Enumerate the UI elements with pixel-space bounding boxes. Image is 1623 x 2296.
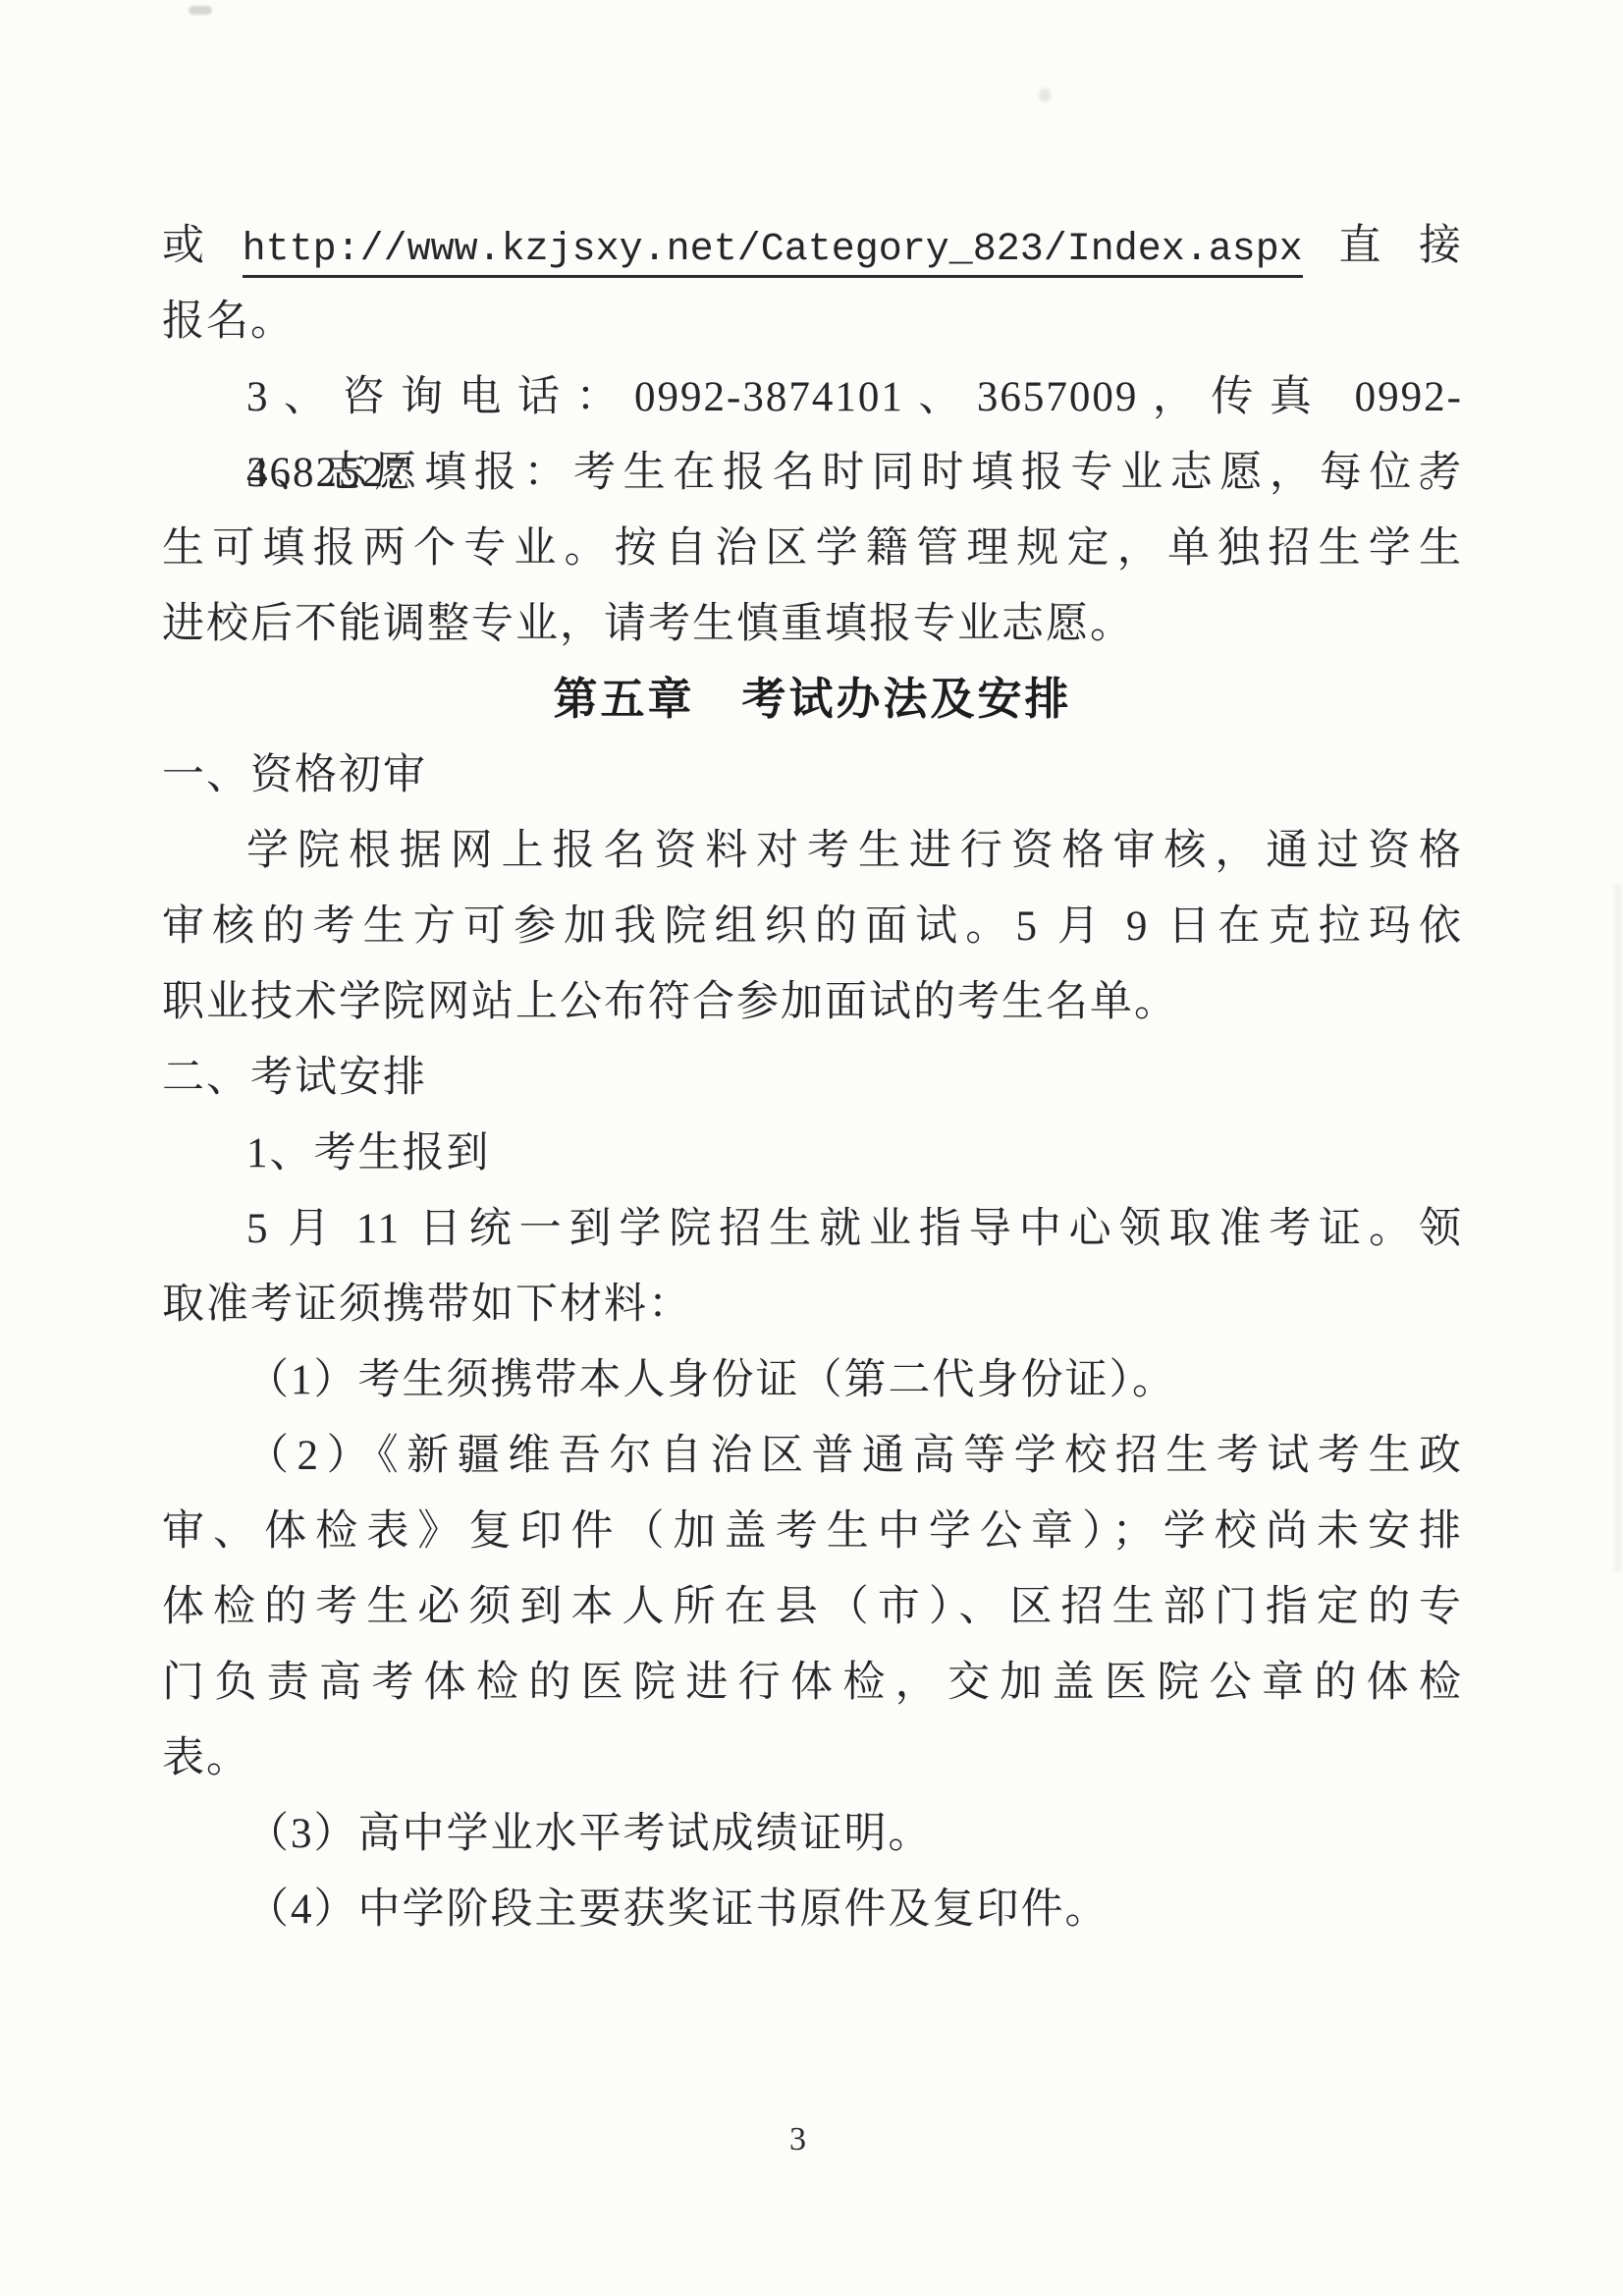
document-line: 学院根据网上报名资料对考生进行资格审核，通过资格	[162, 813, 1463, 889]
text-run: 直接	[1303, 223, 1463, 269]
document-line: （4）中学阶段主要获奖证书原件及复印件。	[162, 1872, 1463, 1947]
section-heading: 第五章 考试办法及安排	[162, 662, 1463, 738]
document-line: （2）《新疆维吾尔自治区普通高等学校招生考试考生政	[162, 1418, 1463, 1494]
document-line: 门负责高考体检的医院进行体检，交加盖医院公章的体检	[162, 1645, 1463, 1721]
document-line: 职业技术学院网站上公布符合参加面试的考生名单。	[162, 964, 1463, 1040]
document-line: 审、体检表》复印件（加盖考生中学公章）；学校尚未安排	[162, 1494, 1463, 1569]
document-line: 3、咨询电话：0992-3874101、3657009，传真 0992-3682…	[162, 359, 1463, 435]
document-line: 生可填报两个专业。按自治区学籍管理规定，单独招生学生	[162, 511, 1463, 586]
document-line: 进校后不能调整专业，请考生慎重填报专业志愿。	[162, 586, 1463, 662]
page-number: 3	[0, 2121, 1596, 2159]
document-line: 或http://www.kzjsxy.net/Category_823/Inde…	[162, 208, 1463, 284]
document-line: 取准考证须携带如下材料：	[162, 1267, 1463, 1342]
text-run: 或	[162, 223, 243, 269]
url-text: http://www.kzjsxy.net/Category_823/Index…	[243, 228, 1303, 278]
document-body: 或http://www.kzjsxy.net/Category_823/Inde…	[162, 208, 1463, 1947]
document-line: 一、资格初审	[162, 738, 1463, 813]
document-line: 4、志愿填报：考生在报名时同时填报专业志愿，每位考	[162, 435, 1463, 511]
document-page: 或http://www.kzjsxy.net/Category_823/Inde…	[0, 0, 1623, 2296]
document-line: （1）考生须携带本人身份证（第二代身份证）。	[162, 1342, 1463, 1418]
document-line: 5 月 11 日统一到学院招生就业指导中心领取准考证。领	[162, 1191, 1463, 1267]
document-line: 表。	[162, 1721, 1463, 1796]
document-line: 二、考试安排	[162, 1040, 1463, 1116]
scan-artifact	[1039, 88, 1051, 102]
document-line: 体检的考生必须到本人所在县（市）、区招生部门指定的专	[162, 1569, 1463, 1645]
document-line: （3）高中学业水平考试成绩证明。	[162, 1796, 1463, 1872]
document-line: 审核的考生方可参加我院组织的面试。5 月 9 日在克拉玛依	[162, 889, 1463, 964]
document-line: 报名。	[162, 284, 1463, 359]
document-line: 1、考生报到	[162, 1116, 1463, 1191]
scan-artifact	[1615, 884, 1621, 1571]
scan-artifact	[189, 6, 212, 15]
